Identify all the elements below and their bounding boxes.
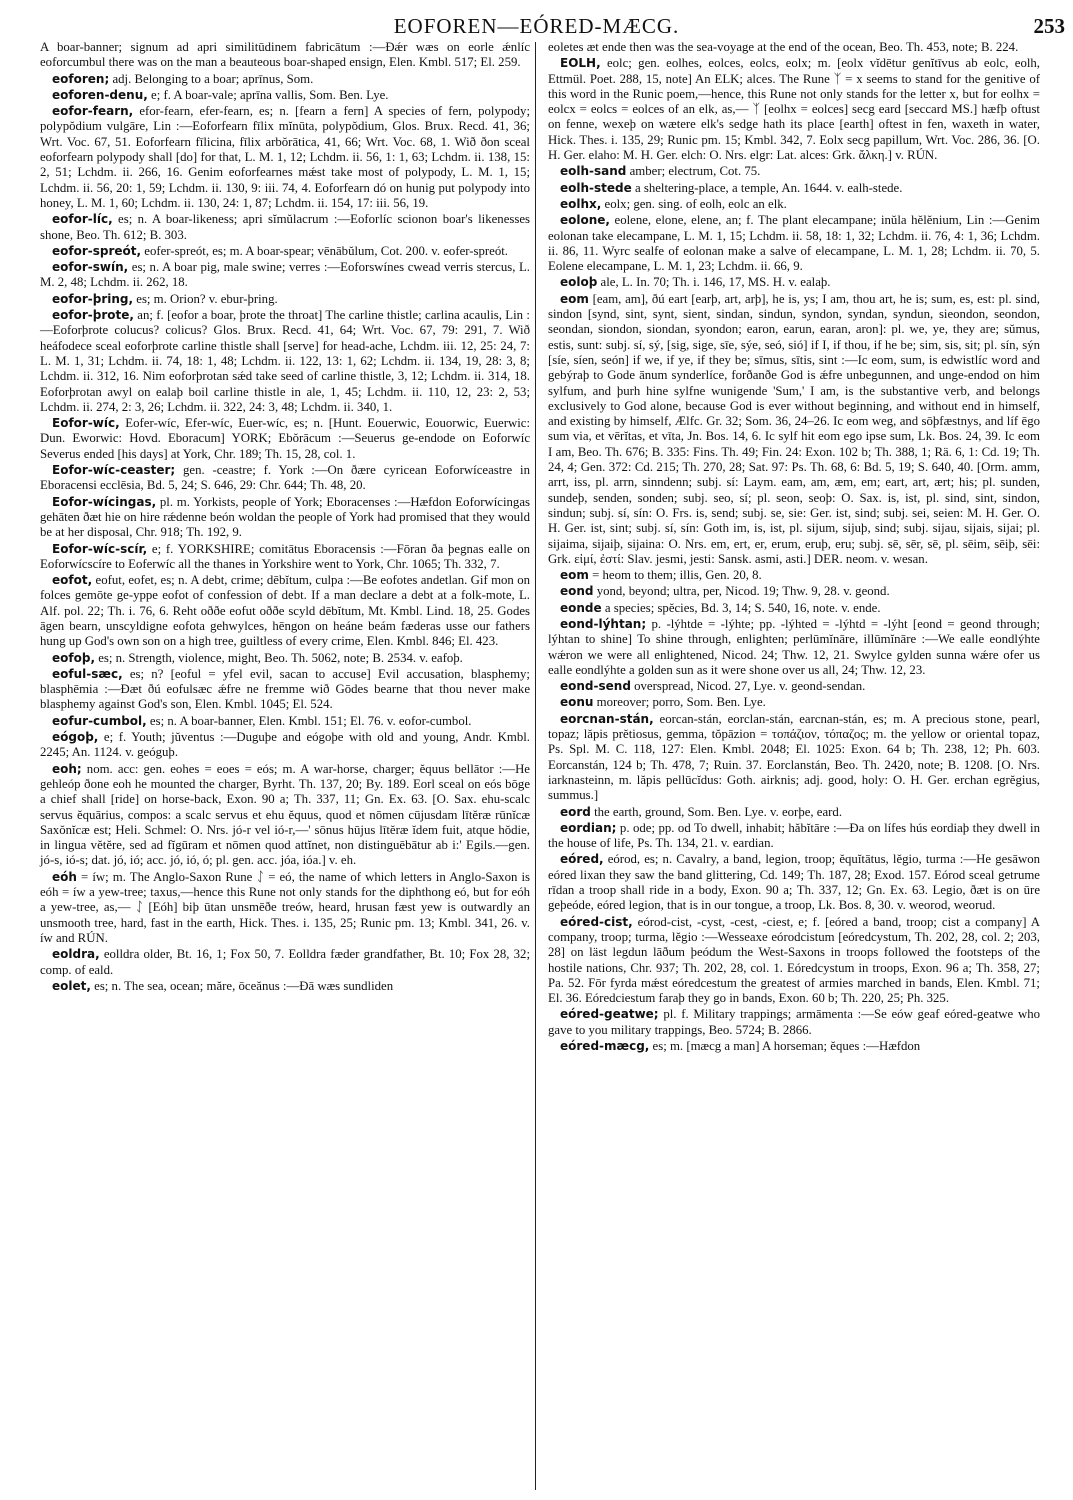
- headword: eofot,: [52, 573, 92, 587]
- headword: eom: [560, 292, 589, 306]
- dictionary-entry: Eofor-wíc, Eofer-wíc, Efer-wíc, Euer-wíc…: [40, 416, 530, 462]
- dictionary-entry: eord the earth, ground, Som. Ben. Lye. v…: [548, 805, 1040, 820]
- entry-text: eofer-spreót, es; m. A boar-spear; vēnāb…: [141, 244, 508, 258]
- entry-text: [eam, am], ðú eart [earþ, art, arþ], he …: [548, 292, 1040, 566]
- dictionary-entry: Eofor-wíc-scír, e; f. YORKSHIRE; comitāt…: [40, 542, 530, 573]
- headword: eolh-sand: [560, 164, 626, 178]
- dictionary-entry: eoforen; adj. Belonging to a boar; aprīn…: [40, 72, 530, 87]
- dictionary-entry: eofor-fearn, efor-fearn, efer-fearn, es;…: [40, 104, 530, 211]
- headword: eofor-þring,: [52, 292, 133, 306]
- entry-text: nom. acc: gen. eohes = eoes = eós; m. A …: [40, 762, 530, 868]
- entry-text: eórod, es; n. Cavalry, a band, legion, t…: [548, 852, 1040, 912]
- dictionary-entry: eóred-mæcg, es; m. [mæcg a man] A horsem…: [548, 1039, 1040, 1054]
- dictionary-entry: eom [eam, am], ðú eart [earþ, art, arþ],…: [548, 292, 1040, 567]
- dictionary-entry: A boar-banner; signum ad apri similitūdi…: [40, 40, 530, 71]
- dictionary-entry: eofor-líc, es; n. A boar-likeness; apri …: [40, 212, 530, 243]
- headword: Eofor-wíc-scír,: [52, 542, 147, 556]
- headword: eóred-mæcg,: [560, 1039, 649, 1053]
- entry-text: es; m. [mæcg a man] A horseman; ĕques :—…: [649, 1039, 920, 1053]
- headword: eonu: [560, 695, 593, 709]
- dictionary-entry: eoletes æt ende then was the sea-voyage …: [548, 40, 1040, 55]
- entry-text: es; n. A boar-banner, Elen. Kmbl. 151; E…: [147, 714, 472, 728]
- dictionary-entry: eonu moreover; porro, Som. Ben. Lye.: [548, 695, 1040, 710]
- page-number: 253: [1034, 14, 1066, 39]
- dictionary-entry: eonde a species; spĕcies, Bd. 3, 14; S. …: [548, 601, 1040, 616]
- dictionary-entry: eofor-þring, es; m. Orion? v. ebur-þring…: [40, 292, 530, 307]
- entry-text: efor-fearn, efer-fearn, es; n. [fearn a …: [40, 104, 530, 210]
- headword: eoful-sæc,: [52, 667, 123, 681]
- entry-text: eolx; gen. sing. of eolh, eolc an elk.: [601, 197, 787, 211]
- headword: eom: [560, 568, 589, 582]
- dictionary-entry: eofoþ, es; n. Strength, violence, might,…: [40, 651, 530, 666]
- dictionary-entry: eofor-swín, es; n. A boar pig, male swin…: [40, 260, 530, 291]
- headword: eoforen;: [52, 72, 109, 86]
- entry-text: an; f. [eofor a boar, þrote the throat] …: [40, 308, 530, 414]
- headword: eolhx,: [560, 197, 601, 211]
- headword: EOLH,: [560, 56, 601, 70]
- entry-text: eofut, eofet, es; n. A debt, crime; dēbĭ…: [40, 573, 530, 648]
- entry-text: amber; electrum, Cot. 75.: [626, 164, 760, 178]
- entry-text: = heom to them; illis, Gen. 20, 8.: [589, 568, 762, 582]
- entry-text: eolc; gen. eolhes, eolces, eolcs, eolx; …: [548, 56, 1040, 162]
- entry-text: e; f. A boar-vale; aprīna vallis, Som. B…: [148, 88, 389, 102]
- dictionary-entry: eóred, eórod, es; n. Cavalry, a band, le…: [548, 852, 1040, 913]
- entry-text: es; m. Orion? v. ebur-þring.: [133, 292, 278, 306]
- headword: eolh-stede: [560, 181, 632, 195]
- headword: eóred-cist,: [560, 915, 633, 929]
- headword: eolet,: [52, 979, 91, 993]
- dictionary-entry: eofur-cumbol, es; n. A boar-banner, Elen…: [40, 714, 530, 729]
- dictionary-entry: eolhx, eolx; gen. sing. of eolh, eolc an…: [548, 197, 1040, 212]
- dictionary-entry: eorcnan-stán, eorcan-stán, eorclan-stán,…: [548, 712, 1040, 804]
- dictionary-entry: eordian; p. ode; pp. od To dwell, inhabi…: [548, 821, 1040, 852]
- entry-text: ale, L. In. 70; Th. i. 146, 17, MS. H. v…: [597, 275, 830, 289]
- headword: eógoþ,: [52, 730, 98, 744]
- dictionary-entry: eoldra, eolldra older, Bt. 16, 1; Fox 50…: [40, 947, 530, 978]
- dictionary-entry: eolh-sand amber; electrum, Cot. 75.: [548, 164, 1040, 179]
- dictionary-entry: eolone, eolene, elone, elene, an; f. The…: [548, 213, 1040, 274]
- headword: eond: [560, 584, 594, 598]
- headword: Eofor-wíc,: [52, 416, 120, 430]
- entry-text: the earth, ground, Som. Ben. Lye. v. eor…: [591, 805, 842, 819]
- entry-text: yond, beyond; ultra, per, Nicod. 19; Thw…: [594, 584, 890, 598]
- dictionary-entry: eolet, es; n. The sea, ocean; măre, ōceă…: [40, 979, 530, 994]
- headword: Eofor-wícingas,: [52, 495, 156, 509]
- dictionary-entry: eond-send overspread, Nicod. 27, Lye. v.…: [548, 679, 1040, 694]
- headword: eolone,: [560, 213, 610, 227]
- dictionary-entry: eofor-þrote, an; f. [eofor a boar, þrote…: [40, 308, 530, 415]
- entry-text: es; n. A boar-likeness; apri sĭmŭlacrum …: [40, 212, 530, 241]
- entry-text: a sheltering-place, a temple, An. 1644. …: [632, 181, 903, 195]
- entry-text: e; f. Youth; jŭventus :—Duguþe and eógoþ…: [40, 730, 530, 759]
- headword: eoforen-denu,: [52, 88, 148, 102]
- headword: eond-send: [560, 679, 631, 693]
- headword: eofor-fearn,: [52, 104, 133, 118]
- headword: eóh: [52, 870, 77, 884]
- headword: eofor-spreót,: [52, 244, 141, 258]
- column-divider: [535, 42, 536, 1490]
- entry-text: es; n. Strength, violence, might, Beo. T…: [95, 651, 463, 665]
- right-column: eoletes æt ende then was the sea-voyage …: [548, 40, 1040, 1055]
- entry-text: a species; spĕcies, Bd. 3, 14; S. 540, 1…: [602, 601, 881, 615]
- headword: eonde: [560, 601, 602, 615]
- dictionary-entry: eógoþ, e; f. Youth; jŭventus :—Duguþe an…: [40, 730, 530, 761]
- headword: eofor-swín,: [52, 260, 128, 274]
- page-title: EOFOREN—EÓRED-MÆCG.: [0, 14, 1073, 39]
- dictionary-entry: eoloþ ale, L. In. 70; Th. i. 146, 17, MS…: [548, 275, 1040, 290]
- headword: eóred,: [560, 852, 604, 866]
- entry-text: overspread, Nicod. 27, Lye. v. geond-sen…: [631, 679, 865, 693]
- dictionary-entry: eóred-geatwe; pl. f. Military trappings;…: [548, 1007, 1040, 1038]
- headword: eord: [560, 805, 591, 819]
- entry-text: eolene, elone, elene, an; f. The plant e…: [548, 213, 1040, 273]
- dictionary-entry: eoforen-denu, e; f. A boar-vale; aprīna …: [40, 88, 530, 103]
- dictionary-entry: Eofor-wícingas, pl. m. Yorkists, people …: [40, 495, 530, 541]
- headword: eofor-líc,: [52, 212, 113, 226]
- entry-text: es; n. The sea, ocean; măre, ōceănus :—Ð…: [91, 979, 393, 993]
- headword: eofor-þrote,: [52, 308, 134, 322]
- left-column: A boar-banner; signum ad apri similitūdi…: [40, 40, 530, 995]
- headword: eordian;: [560, 821, 616, 835]
- entry-text: eolldra older, Bt. 16, 1; Fox 50, 7. Eol…: [40, 947, 530, 976]
- entry-text: A boar-banner; signum ad apri similitūdi…: [40, 40, 530, 69]
- dictionary-entry: eond yond, beyond; ultra, per, Nicod. 19…: [548, 584, 1040, 599]
- dictionary-entry: eolh-stede a sheltering-place, a temple,…: [548, 181, 1040, 196]
- page-header: EOFOREN—EÓRED-MÆCG. 253: [0, 8, 1073, 38]
- headword: eoh;: [52, 762, 82, 776]
- dictionary-entry: EOLH, eolc; gen. eolhes, eolces, eolcs, …: [548, 56, 1040, 163]
- entry-text: adj. Belonging to a boar; aprīnus, Som.: [109, 72, 313, 86]
- headword: eofoþ,: [52, 651, 95, 665]
- dictionary-page: EOFOREN—EÓRED-MÆCG. 253 A boar-banner; s…: [0, 0, 1073, 1500]
- dictionary-entry: Eofor-wíc-ceaster; gen. -ceastre; f. Yor…: [40, 463, 530, 494]
- entry-text: p. ode; pp. od To dwell, inhabit; hăbĭtā…: [548, 821, 1040, 850]
- headword: eofur-cumbol,: [52, 714, 147, 728]
- headword: Eofor-wíc-ceaster;: [52, 463, 175, 477]
- entry-text: eoletes æt ende then was the sea-voyage …: [548, 40, 1018, 54]
- headword: eorcnan-stán,: [560, 712, 654, 726]
- headword: eoldra,: [52, 947, 100, 961]
- headword: eond-lýhtan;: [560, 617, 646, 631]
- headword: eoloþ: [560, 275, 597, 289]
- dictionary-entry: eond-lýhtan; p. -lýhtde = -lýhte; pp. -l…: [548, 617, 1040, 678]
- dictionary-entry: eóred-cist, eórod-cist, -cyst, -cest, -c…: [548, 915, 1040, 1007]
- dictionary-entry: eoh; nom. acc: gen. eohes = eoes = eós; …: [40, 762, 530, 869]
- entry-text: = íw; m. The Anglo-Saxon Rune ᛇ = eó, th…: [40, 870, 530, 945]
- dictionary-entry: eom = heom to them; illis, Gen. 20, 8.: [548, 568, 1040, 583]
- entry-text: moreover; porro, Som. Ben. Lye.: [593, 695, 765, 709]
- dictionary-entry: eofot, eofut, eofet, es; n. A debt, crim…: [40, 573, 530, 649]
- dictionary-entry: eoful-sæc, es; n? [eoful = yfel evil, sa…: [40, 667, 530, 713]
- dictionary-entry: eóh = íw; m. The Anglo-Saxon Rune ᛇ = eó…: [40, 870, 530, 946]
- headword: eóred-geatwe;: [560, 1007, 659, 1021]
- dictionary-entry: eofor-spreót, eofer-spreót, es; m. A boa…: [40, 244, 530, 259]
